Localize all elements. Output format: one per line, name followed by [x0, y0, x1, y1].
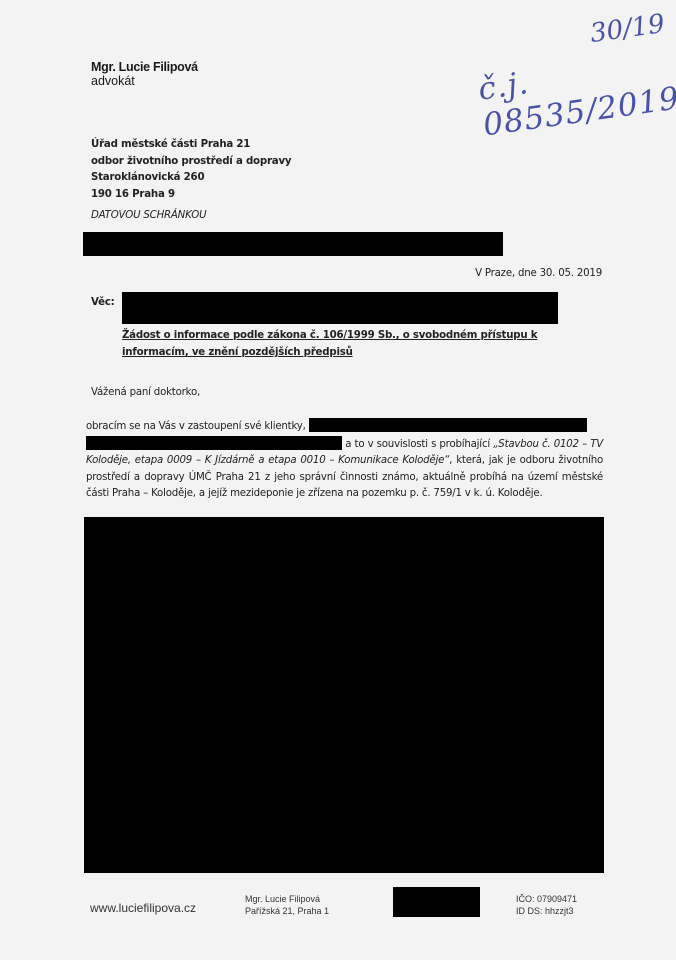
footer-data-box: ID DS: hhzzjt3	[516, 905, 577, 917]
footer-ids: IČO: 07909471 ID DS: hhzzjt3	[516, 893, 577, 917]
recipient-address: Úřad městské části Praha 21 odbor životn…	[91, 137, 291, 203]
letterhead-name: Mgr. Lucie Filipová	[91, 60, 198, 74]
paragraph-text: a to v souvislosti s probíhající	[345, 439, 493, 450]
redaction-inline	[86, 436, 342, 450]
recipient-line: 190 16 Praha 9	[91, 187, 291, 204]
footer-address: Pařížská 21, Praha 1	[245, 905, 329, 917]
subject-label: Věc:	[91, 297, 115, 308]
recipient-line: Úřad městské části Praha 21	[91, 137, 291, 154]
redaction-block	[393, 887, 480, 917]
footer-name: Mgr. Lucie Filipová	[245, 893, 329, 905]
handwritten-number: 30/19	[588, 9, 666, 49]
letterhead-role: advokát	[91, 74, 135, 88]
greeting: Vážená paní doktorko,	[91, 387, 200, 398]
subject-text: Žádost o informace podle zákona č. 106/1…	[122, 327, 592, 361]
body-paragraph: obracím se na Vás v zastoupení své klien…	[86, 418, 603, 503]
delivery-method: DATOVOU SCHRÁNKOU	[91, 210, 206, 221]
letter-date: V Praze, dne 30. 05. 2019	[475, 268, 602, 279]
footer-contact: Mgr. Lucie Filipová Pařížská 21, Praha 1	[245, 893, 329, 917]
handwritten-reference: č.j. 08535/2019	[476, 45, 676, 144]
redaction-block	[83, 232, 503, 256]
footer-ico: IČO: 07909471	[516, 893, 577, 905]
redaction-block	[122, 292, 558, 324]
paragraph-text: obracím se na Vás v zastoupení své klien…	[86, 421, 306, 432]
recipient-line: odbor životního prostředí a dopravy	[91, 154, 291, 171]
redaction-inline	[309, 418, 587, 432]
footer-website[interactable]: www.luciefilipova.cz	[90, 901, 196, 915]
redaction-block-large	[84, 517, 604, 873]
recipient-line: Staroklánovická 260	[91, 170, 291, 187]
